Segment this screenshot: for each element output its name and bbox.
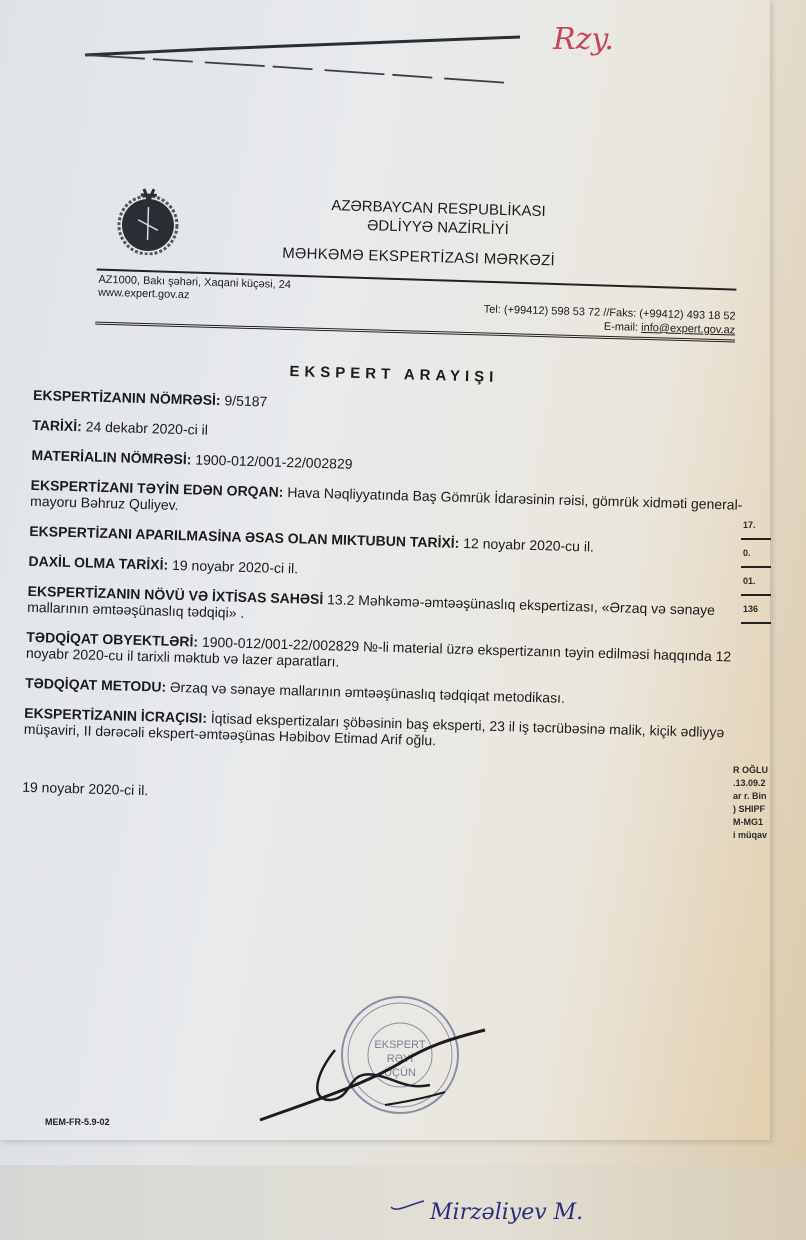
document-field: TARİXİ: 24 dekabr 2020-ci il [32,417,752,453]
field-value: 24 dekabr 2020-ci il [85,418,208,437]
address-block: AZ1000, Bakı şəhəri, Xaqani küçəsi, 24 w… [98,274,291,305]
edge-text-fragment: i müqav [733,829,806,842]
underlying-page-edge: 17.0.01.136 R OĞLU.13.09.2ar r. Bin) SHI… [733,520,806,1120]
edge-text-fragment: R OĞLU [733,764,806,777]
handwritten-red-note: Rzy. [553,22,614,57]
edge-mark: 136 [743,604,806,614]
document-field: EKSPERTİZANIN İCRAÇISI: İqtisad eksperti… [24,705,745,757]
field-value: Ərzaq və sənaye mallarının əmtəəşünaslıq… [170,679,565,706]
field-label: TARİXİ: [32,417,86,434]
edge-text-fragment: M-MG1 [733,816,806,829]
edge-line [741,566,771,568]
document-field: TƏDQİQAT OBYEKTLƏRİ: 1900-012/001-22/002… [26,629,747,681]
document-body: AZƏRBAYCAN RESPUBLİKASI ƏDLİYYƏ NAZİRLİY… [22,150,760,815]
edge-text-fragment: ) SHIPF [733,803,806,816]
edge-text-fragment: ar r. Bin [733,790,806,803]
emblem-icon [112,184,184,256]
handwritten-blue-note: Mirzəliyev M. [430,1200,583,1225]
document-field: EKSPERTİZANI APARILMASİNA ƏSAS OLAN MIKT… [29,523,749,559]
document-field: EKSPERTİZANI TƏYİN EDƏN ORQAN: Hava Nəql… [30,477,751,529]
fields-list: EKSPERTİZANIN NÖMRƏSİ: 9/5187TARİXİ: 24 … [24,387,753,757]
edge-mark: 01. [743,576,806,586]
field-label: DAXİL OLMA TARİXİ: [28,553,172,573]
edge-mark: 17. [743,520,806,530]
field-value: 12 noyabr 2020-cu il. [463,535,594,555]
document-field: EKSPERTİZANIN NÖMRƏSİ: 9/5187 [33,387,753,423]
edge-line [741,538,771,540]
field-label: EKSPERTİZANI APARILMASİNA ƏSAS OLAN MIKT… [29,523,463,551]
center-name: MƏHKƏMƏ EKSPERTİZASI MƏRKƏZİ [282,245,555,270]
field-value: 19 noyabr 2020-ci il. [172,557,298,577]
edge-text-fragment: .13.09.2 [733,777,806,790]
field-label: EKSPERTİZANIN NÖMRƏSİ: [33,387,225,408]
field-label: TƏDQİQAT METODU: [25,675,170,695]
document-field: MATERİALIN NÖMRƏSİ: 1900-012/001-22/0028… [31,447,751,483]
top-pen-stroke [80,35,520,90]
blue-check-mark [388,1195,428,1215]
form-code: MEM-FR-5.9-02 [45,1117,110,1127]
edge-line [741,622,771,624]
field-value: 9/5187 [224,392,267,409]
field-label: MATERİALIN NÖMRƏSİ: [31,447,195,468]
institution-name: AZƏRBAYCAN RESPUBLİKASI ƏDLİYYƏ NAZİRLİY… [308,196,569,241]
field-value: 1900-012/001-22/002829 [195,451,353,471]
edge-line [741,594,771,596]
document-field: DAXİL OLMA TARİXİ: 19 noyabr 2020-ci il. [28,553,748,589]
email-link[interactable]: info@expert.gov.az [641,322,735,337]
document-field: TƏDQİQAT METODU: Ərzaq və sənaye malları… [25,675,745,711]
document-field: EKSPERTİZANIN NÖVÜ VƏ İXTİSAS SAHƏSİ 13.… [27,583,748,635]
letterhead: AZƏRBAYCAN RESPUBLİKASI ƏDLİYYƏ NAZİRLİY… [34,150,759,370]
expert-signature [255,1020,495,1130]
edge-mark: 0. [743,548,806,558]
